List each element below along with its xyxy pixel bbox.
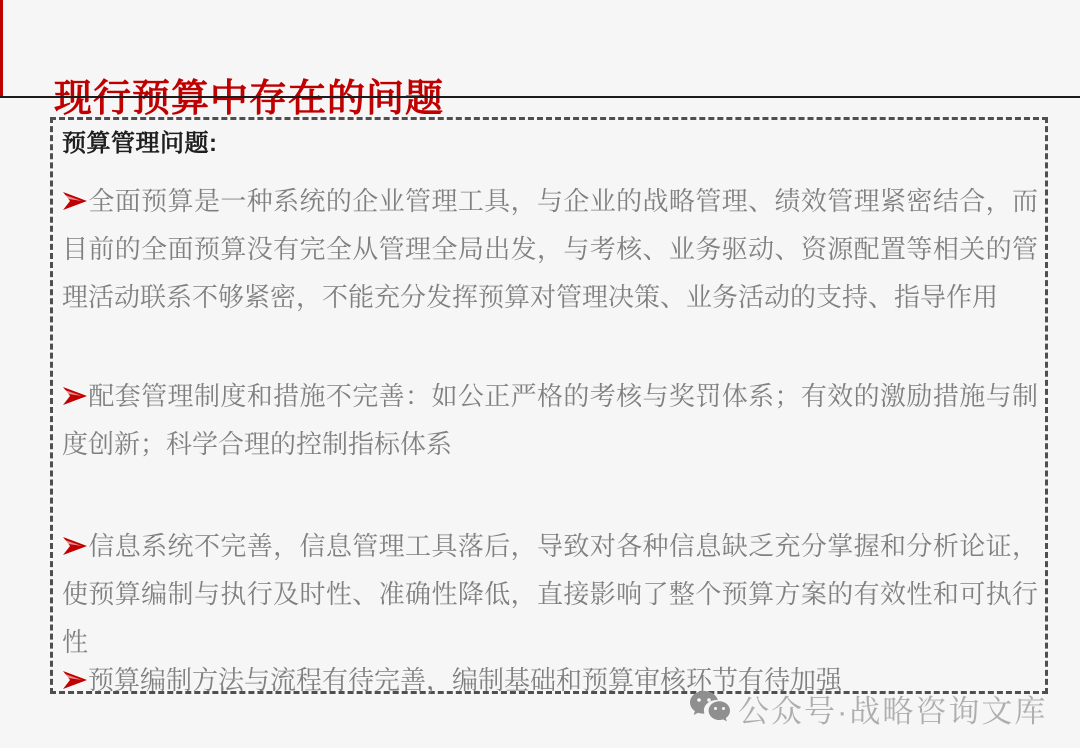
bullet-text: 信息系统不完善，信息管理工具落后，导致对各种信息缺乏充分掌握和分析论证，使预算编… bbox=[62, 531, 1038, 657]
watermark: 公众号·战略咨询文库 bbox=[688, 686, 1047, 731]
bullet-item: 信息系统不完善，信息管理工具落后，导致对各种信息缺乏充分掌握和分析论证，使预算编… bbox=[62, 522, 1038, 666]
bullet-arrow-icon bbox=[62, 658, 88, 680]
section-heading: 预算管理问题: bbox=[62, 123, 218, 158]
bullet-text: 全面预算是一种系统的企业管理工具，与企业的战略管理、绩效管理紧密结合，而目前的全… bbox=[62, 186, 1038, 312]
bullet-arrow-icon bbox=[62, 524, 88, 546]
wechat-icon bbox=[688, 689, 732, 729]
bullet-item: 配套管理制度和措施不完善：如公正严格的考核与奖罚体系；有效的激励措施与制度创新；… bbox=[62, 372, 1038, 468]
content-box: 预算管理问题: 全面预算是一种系统的企业管理工具，与企业的战略管理、绩效管理紧密… bbox=[50, 117, 1048, 694]
bullet-text: 配套管理制度和措施不完善：如公正严格的考核与奖罚体系；有效的激励措施与制度创新；… bbox=[62, 381, 1038, 459]
bullet-item: 全面预算是一种系统的企业管理工具，与企业的战略管理、绩效管理紧密结合，而目前的全… bbox=[62, 177, 1038, 321]
title-divider bbox=[0, 96, 1080, 98]
page-title: 现行预算中存在的问题 bbox=[54, 67, 444, 122]
slide: 现行预算中存在的问题 预算管理问题: 全面预算是一种系统的企业管理工具，与企业的… bbox=[0, 0, 1080, 748]
title-accent-bar bbox=[0, 0, 3, 96]
bullet-arrow-icon bbox=[62, 374, 88, 396]
bullet-arrow-icon bbox=[62, 179, 88, 201]
watermark-text: 公众号·战略咨询文库 bbox=[738, 686, 1047, 731]
